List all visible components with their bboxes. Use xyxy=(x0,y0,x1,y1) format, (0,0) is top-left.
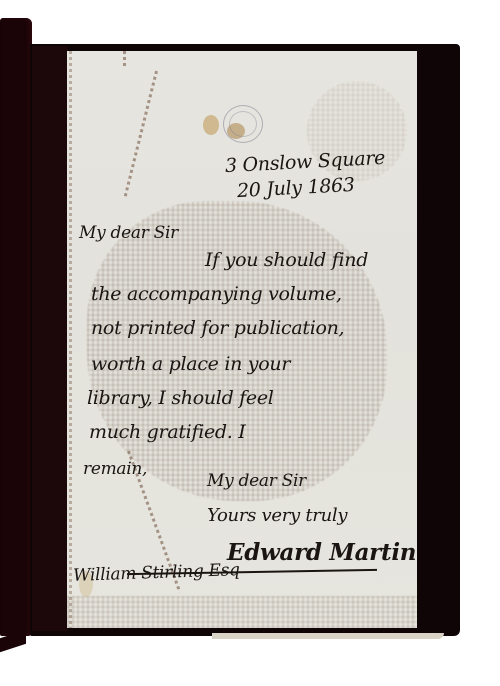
fox-line xyxy=(69,51,72,628)
closing-line: My dear Sir xyxy=(207,471,306,491)
body-line: If you should find xyxy=(205,249,368,271)
closing-line: Yours very truly xyxy=(207,505,347,526)
offset-blot xyxy=(67,596,417,628)
embossed-stamp xyxy=(223,105,263,143)
body-line: not printed for publication, xyxy=(91,317,344,339)
recipient-name: William Stirling Esq xyxy=(73,560,240,586)
paper-bottom-edge xyxy=(212,633,444,639)
body-line: much gratified. I xyxy=(89,421,245,443)
body-line: library, I should feel xyxy=(87,387,274,409)
fox-line xyxy=(123,51,126,69)
letter-date: 20 July 1863 xyxy=(237,174,356,202)
letter-paper: 3 Onslow Square 20 July 1863 My dear Sir… xyxy=(67,51,417,628)
letter-salutation: My dear Sir xyxy=(79,223,178,243)
fox-line xyxy=(124,71,158,198)
signature: Edward Martin xyxy=(227,539,416,566)
offset-blot xyxy=(87,201,387,501)
folder-cover-left xyxy=(0,18,32,636)
frame-inner-shadow xyxy=(32,46,68,631)
body-line: remain, xyxy=(83,459,147,479)
foxing-stain xyxy=(203,115,219,135)
body-line: the accompanying volume, xyxy=(91,283,342,305)
body-line: worth a place in your xyxy=(91,353,290,375)
